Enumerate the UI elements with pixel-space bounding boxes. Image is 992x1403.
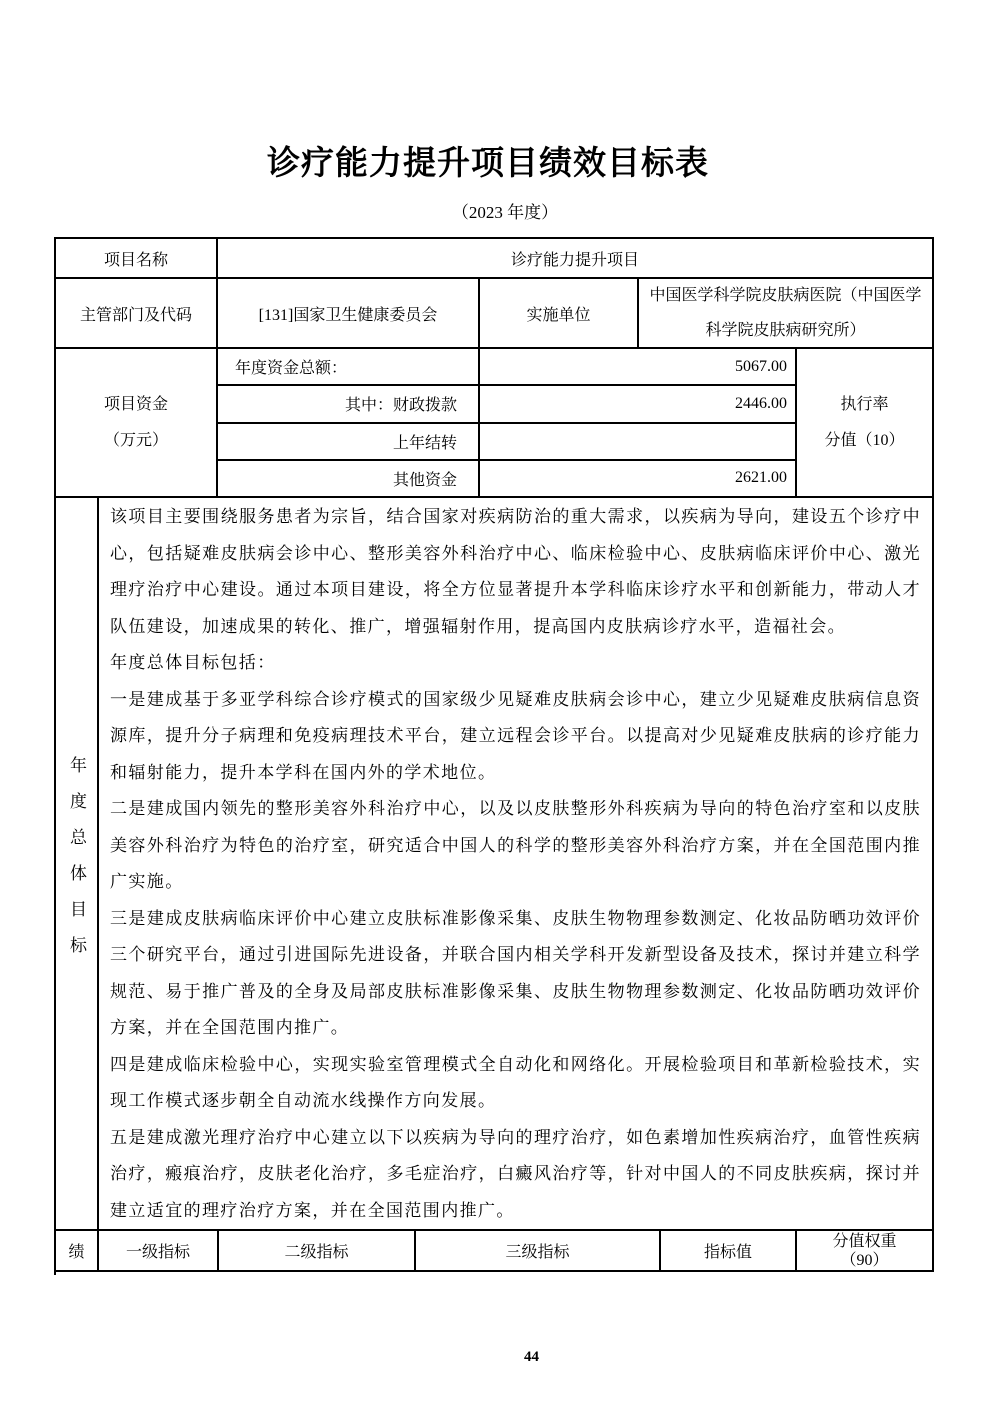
row-department: 主管部门及代码 [131]国家卫生健康委员会 实施单位 中国医学科学院皮肤病医院… [56, 277, 932, 347]
row-project-funds: 项目资金 （万元） 年度资金总额： 5067.00 其中：财政拨款 2446.0… [56, 347, 932, 496]
performance-target-table: 项目名称 诊疗能力提升项目 主管部门及代码 [131]国家卫生健康委员会 实施单… [54, 237, 934, 1272]
row-indicator-header: 绩 一级指标 二级指标 三级指标 指标值 分值权重 （90） [56, 1229, 932, 1270]
goal-paragraph: 该项目主要围绕服务患者为宗旨，结合国家对疾病防治的重大需求，以疾病为导向，建设五… [110, 499, 921, 645]
indicator-col-level3: 三级指标 [416, 1231, 661, 1270]
funds-total-label: 年度资金总额： [218, 349, 480, 384]
funds-other-label: 其他资金 [218, 461, 480, 496]
goal-paragraph: 二是建成国内领先的整形美容外科治疗中心，以及以皮肤整形外科疾病为导向的特色治疗室… [110, 791, 921, 901]
indicator-col-level2: 二级指标 [219, 1231, 416, 1270]
page-title: 诊疗能力提升项目绩效目标表 [0, 137, 976, 184]
goal-paragraph: 年度总体目标包括： [110, 645, 921, 682]
funds-row-total: 年度资金总额： 5067.00 [218, 349, 795, 384]
row-annual-goal: 年度总体目标 该项目主要围绕服务患者为宗旨，结合国家对疾病防治的重大需求，以疾病… [56, 496, 932, 1229]
table-continuation-tick [54, 1268, 56, 1275]
implementing-unit-value: 中国医学科学院皮肤病医院（中国医学科学院皮肤病研究所） [639, 279, 932, 347]
page-number: 44 [524, 1349, 539, 1366]
execution-rate-score: 执行率 分值（10） [795, 349, 932, 496]
indicator-corner-label: 绩 [56, 1231, 99, 1270]
goal-paragraph: 五是建成激光理疗治疗中心建立以下以疾病为导向的理疗治疗，如色素增加性疾病治疗，血… [110, 1120, 921, 1230]
department-label: 主管部门及代码 [56, 279, 218, 347]
execution-rate-line2: 分值（10） [824, 423, 904, 459]
funds-carryover-label: 上年结转 [218, 424, 480, 459]
indicator-weight-line2: （90） [840, 1251, 888, 1270]
goal-paragraph: 四是建成临床检验中心，实现实验室管理模式全自动化和网络化。开展检验项目和革新检验… [110, 1047, 921, 1120]
funds-label: 项目资金 （万元） [56, 349, 218, 496]
funds-row-fiscal: 其中：财政拨款 2446.00 [218, 384, 795, 421]
funds-breakdown: 年度资金总额： 5067.00 其中：财政拨款 2446.00 上年结转 其他资… [218, 349, 795, 496]
funds-fiscal-label: 其中：财政拨款 [218, 386, 480, 421]
document-page: 诊疗能力提升项目绩效目标表 （2023 年度） 项目名称 诊疗能力提升项目 主管… [0, 0, 992, 1403]
funds-total-value: 5067.00 [480, 349, 795, 384]
funds-other-value: 2621.00 [480, 461, 795, 496]
page-subtitle: （2023 年度） [0, 198, 992, 223]
execution-rate-line1: 执行率 [840, 387, 888, 423]
annual-goal-label: 年度总体目标 [64, 756, 89, 972]
funds-row-other: 其他资金 2621.00 [218, 459, 795, 496]
goal-paragraph: 三是建成皮肤病临床评价中心建立皮肤标准影像采集、皮肤生物物理参数测定、化妆品防晒… [110, 901, 921, 1047]
indicator-col-weight: 分值权重 （90） [797, 1231, 932, 1270]
implementing-unit-label: 实施单位 [480, 279, 639, 347]
funds-label-line2: （万元） [104, 423, 168, 459]
funds-carryover-value [480, 424, 795, 459]
funds-label-line1: 项目资金 [104, 387, 168, 423]
project-name-value: 诊疗能力提升项目 [218, 239, 932, 277]
goal-paragraph: 一是建成基于多亚学科综合诊疗模式的国家级少见疑难皮肤病会诊中心，建立少见疑难皮肤… [110, 682, 921, 792]
annual-goal-content: 该项目主要围绕服务患者为宗旨，结合国家对疾病防治的重大需求，以疾病为导向，建设五… [99, 498, 932, 1229]
project-name-label: 项目名称 [56, 239, 218, 277]
indicator-col-level1: 一级指标 [99, 1231, 219, 1270]
indicator-col-value: 指标值 [661, 1231, 797, 1270]
department-value: [131]国家卫生健康委员会 [218, 279, 480, 347]
funds-fiscal-value: 2446.00 [480, 386, 795, 421]
indicator-weight-line1: 分值权重 [832, 1232, 896, 1251]
row-project-name: 项目名称 诊疗能力提升项目 [56, 239, 932, 277]
funds-row-carryover: 上年结转 [218, 422, 795, 459]
annual-goal-label-cell: 年度总体目标 [56, 498, 99, 1229]
